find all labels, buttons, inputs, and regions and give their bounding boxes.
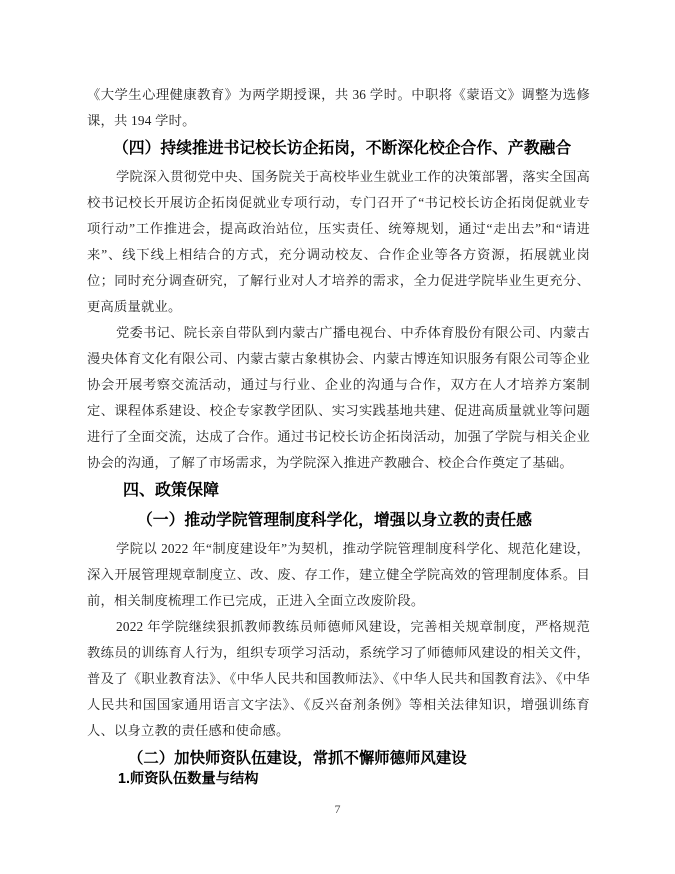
document-page: 《大学生心理健康教育》为两学期授课，共 36 学时。中职将《蒙语文》调整为选修课…: [0, 0, 675, 874]
heading-section-four: （四）持续推进书记校长访企拓岗，不断深化校企合作、产教融合: [113, 134, 590, 164]
paragraph-system-construction: 学院以 2022 年“制度建设年”为契机，推动学院管理制度科学化、规范化建设，深…: [87, 536, 590, 614]
paragraph-course-hours: 《大学生心理健康教育》为两学期授课，共 36 学时。中职将《蒙语文》调整为选修课…: [87, 82, 590, 134]
page-number: 7: [0, 802, 675, 817]
paragraph-teacher-ethics: 2022 年学院继续狠抓教师教练员师德师风建设，完善相关规章制度，严格规范教练员…: [87, 614, 590, 744]
paragraph-visit-action: 学院深入贯彻党中央、国务院关于高校毕业生就业工作的决策部署，落实全国高校书记校长…: [87, 164, 590, 320]
heading-subsection-one: （一）推动学院管理制度科学化，增强以身立教的责任感: [137, 506, 590, 536]
heading-policy-support: 四、政策保障: [123, 476, 590, 506]
paragraph-enterprise-exchange: 党委书记、院长亲自带队到内蒙古广播电视台、中乔体育股份有限公司、内蒙古漫央体育文…: [87, 320, 590, 476]
